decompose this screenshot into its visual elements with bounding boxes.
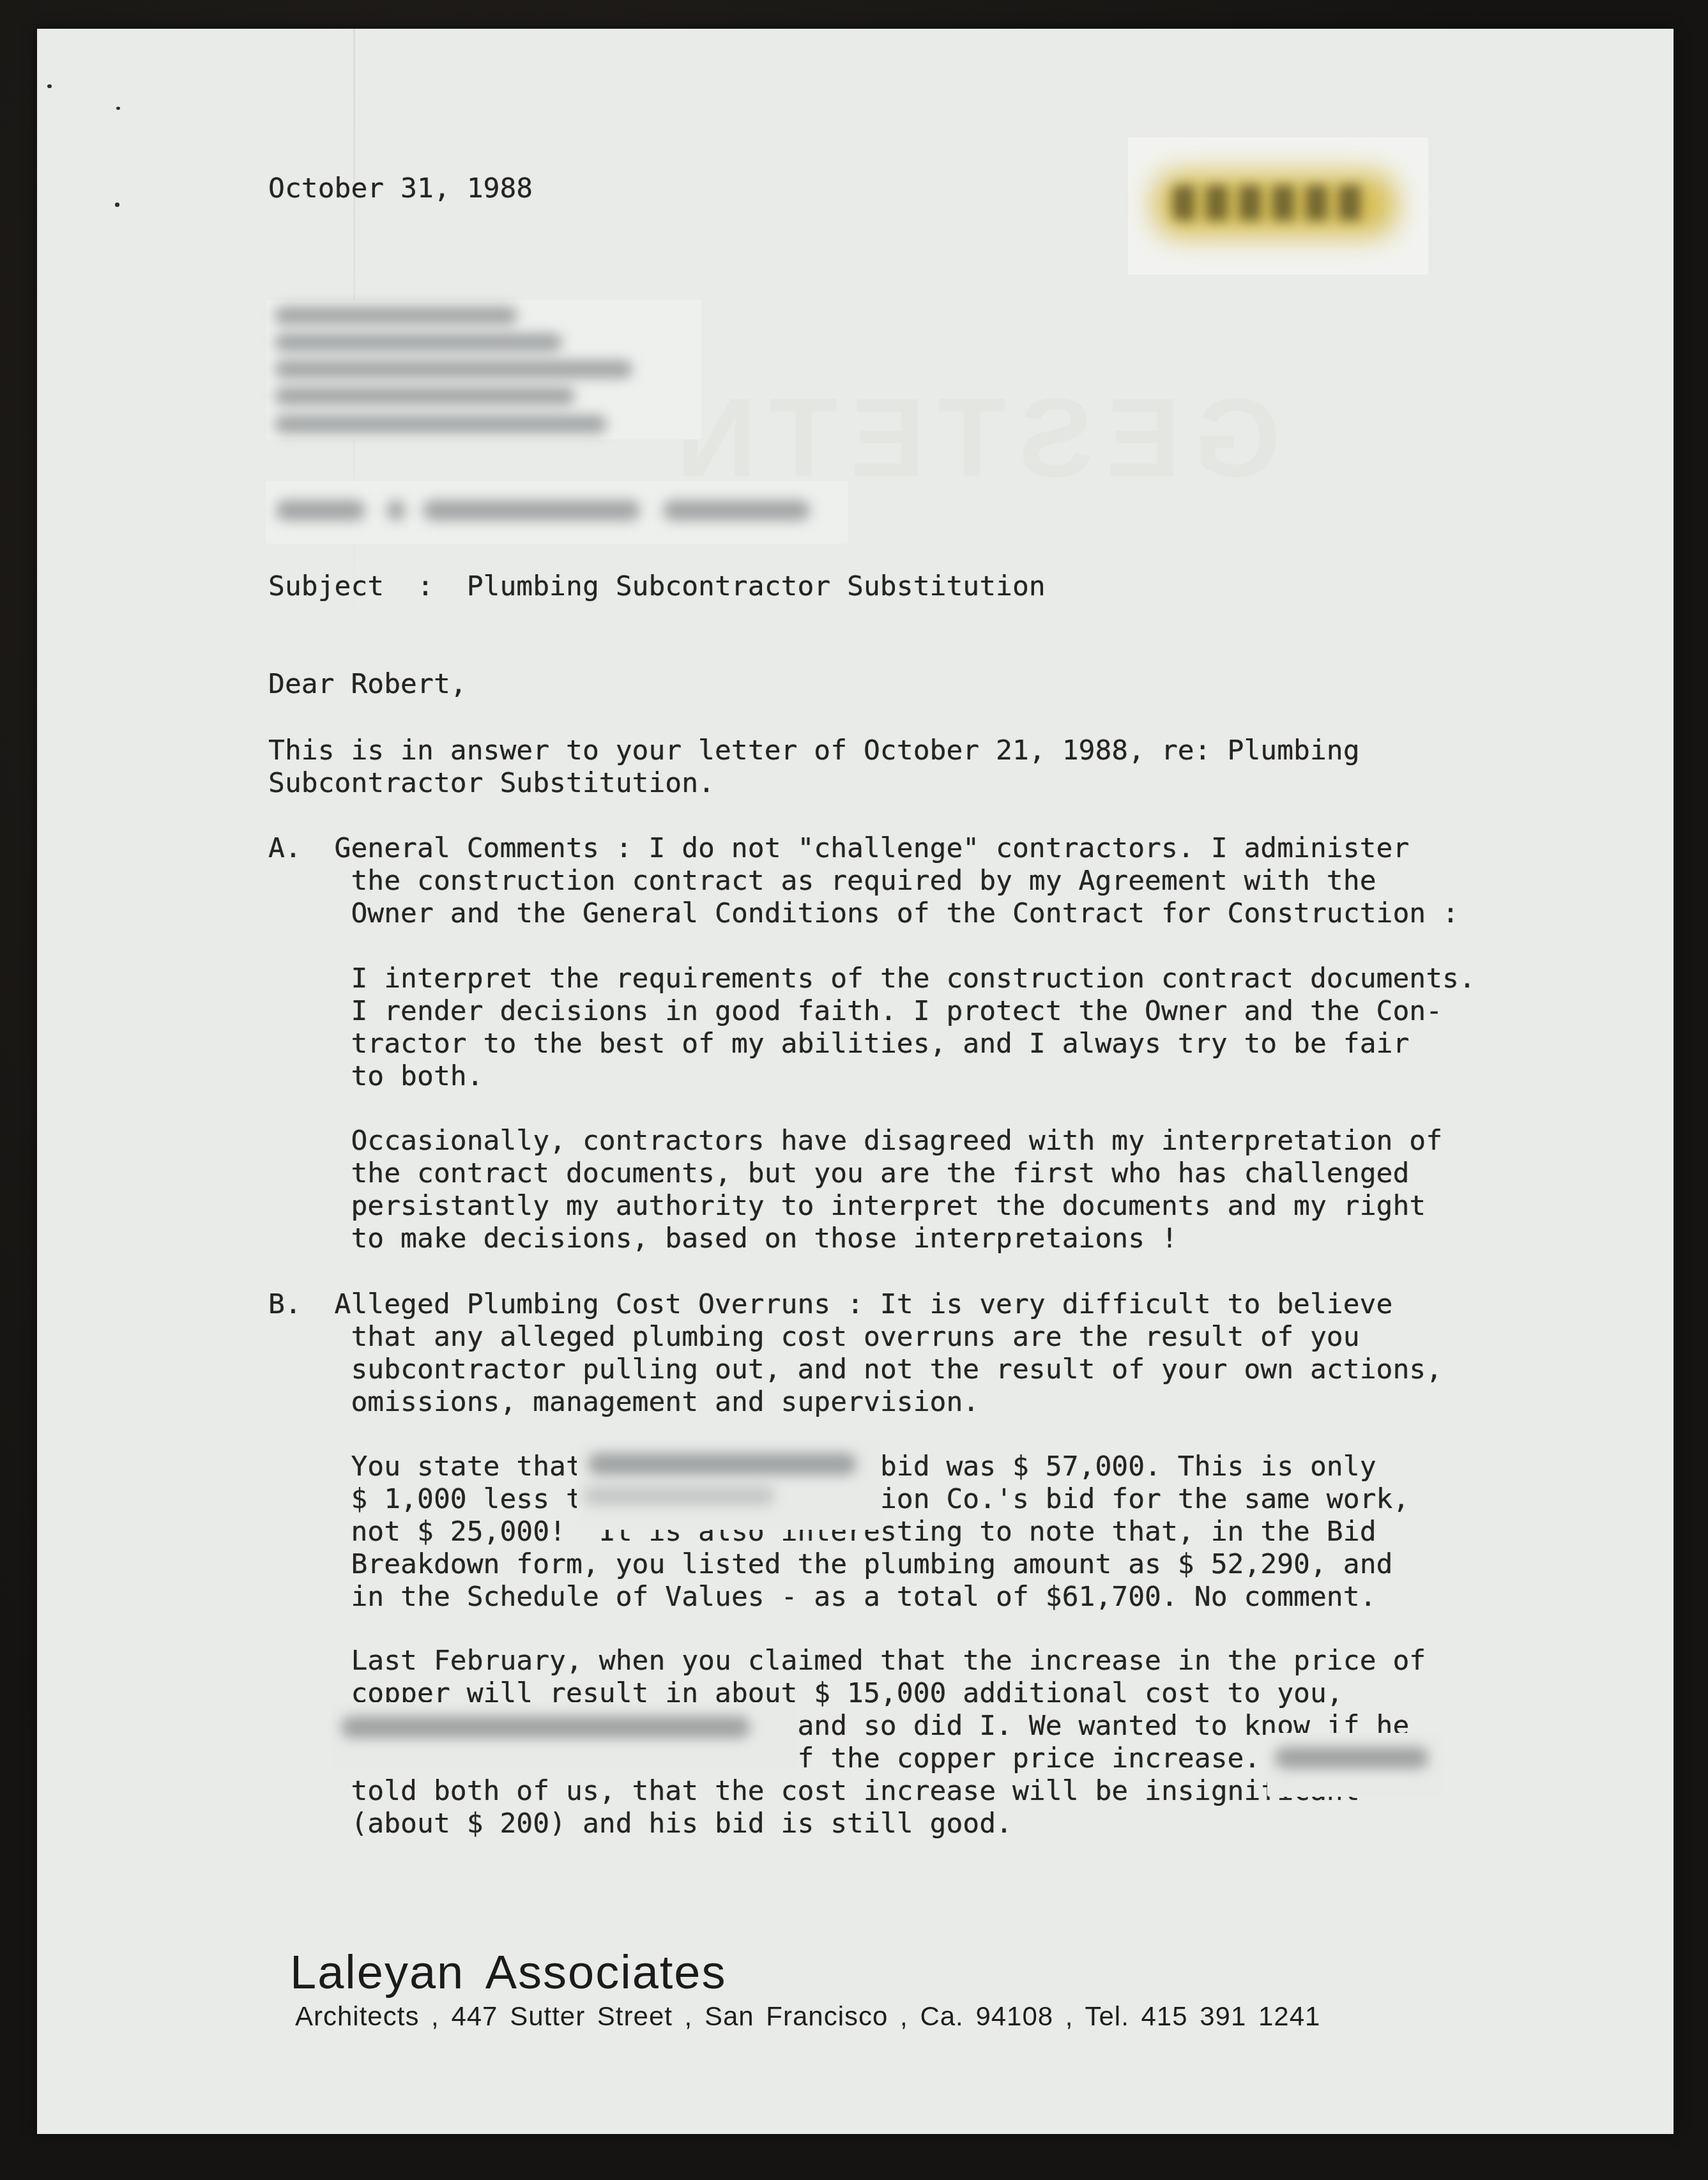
redacted-word <box>423 500 640 521</box>
paragraph-interpret: I interpret the requirements of the cons… <box>268 963 1475 1093</box>
redacted-words <box>588 1453 857 1475</box>
date-line: October 31, 1988 <box>268 172 533 205</box>
redacted-smudge <box>583 1486 775 1505</box>
redacted-word <box>276 500 365 521</box>
paper-speck <box>116 107 120 110</box>
project-line-redaction <box>266 481 848 544</box>
redacted-colon <box>387 500 405 521</box>
redacted-line <box>275 307 517 324</box>
redacted-word <box>663 500 810 521</box>
redacted-line <box>275 360 632 378</box>
paper-speck <box>47 84 52 88</box>
footer-company-name: Laleyan Associates <box>290 1945 727 1999</box>
subject-line: Subject : Plumbing Subcontractor Substit… <box>268 570 1046 603</box>
salutation: Dear Robert, <box>268 668 467 701</box>
person-names-redaction <box>332 1702 798 1769</box>
footer-address-line: Architects , 447 Sutter Street , San Fra… <box>295 2001 1320 2032</box>
person-name-redaction-2 <box>1267 1733 1444 1797</box>
scanned-letter-page: { "letter": { "date": "October 31, 1988"… <box>0 0 1708 2180</box>
bidder-name-redaction <box>577 1442 882 1530</box>
paragraph-intro: This is in answer to your letter of Octo… <box>268 735 1360 800</box>
redacted-line <box>275 415 607 433</box>
paragraph-section-b: B. Alleged Plumbing Cost Overruns : It i… <box>268 1288 1442 1419</box>
redacted-line <box>275 333 562 351</box>
letter-paper: GESTETN October 31, 1988 Subject : Plumb… <box>37 29 1674 2134</box>
paper-speck <box>115 202 119 207</box>
paragraph-occasionally: Occasionally, contractors have disagreed… <box>268 1125 1442 1255</box>
redacted-line <box>275 387 575 405</box>
redacted-reference-text <box>1173 185 1371 220</box>
redacted-words <box>1275 1747 1428 1769</box>
reference-number-redaction <box>1128 137 1428 275</box>
paragraph-section-a: A. General Comments : I do not "challeng… <box>268 832 1459 930</box>
recipient-address-redaction <box>266 300 701 439</box>
redacted-words <box>341 1716 750 1738</box>
